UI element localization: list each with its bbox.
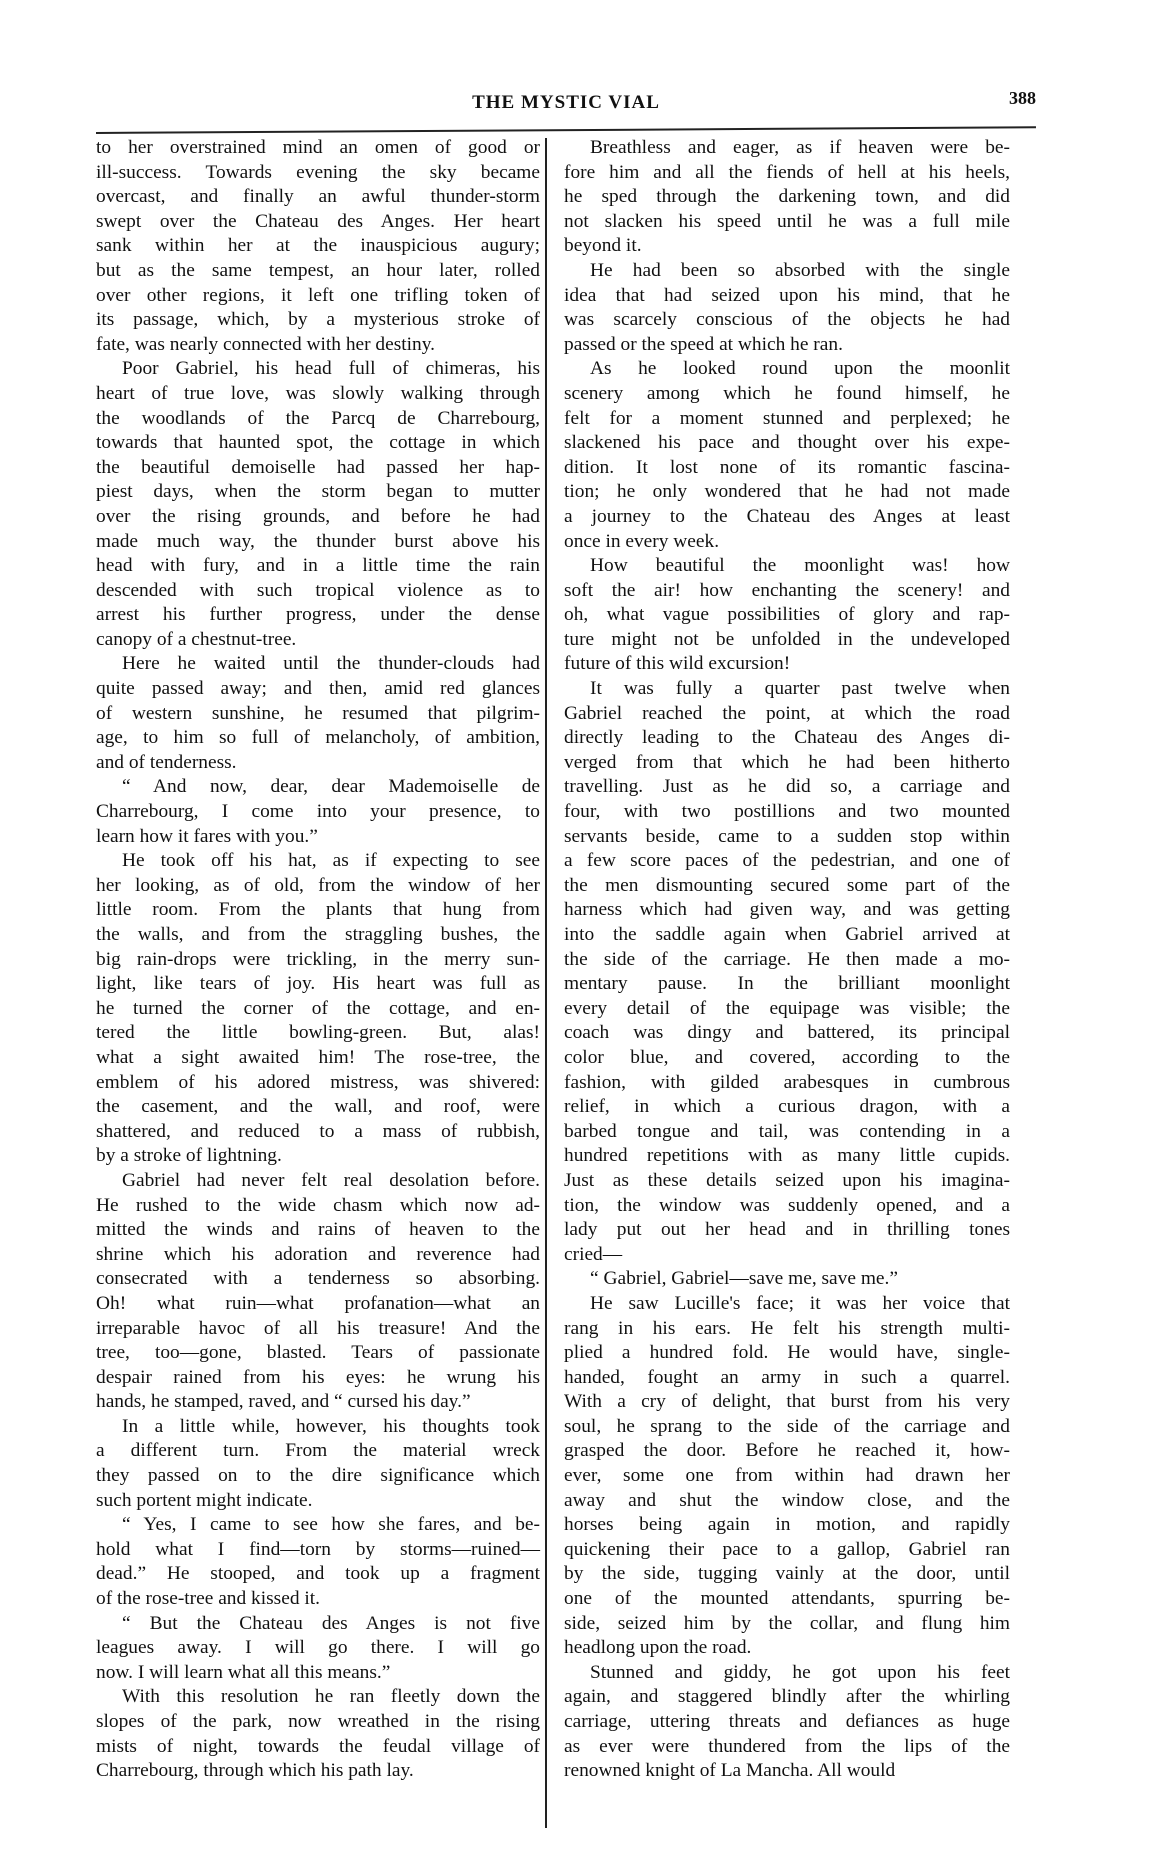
text-line: now. I will learn what all this means.” bbox=[96, 1661, 540, 1686]
paragraph: In a little while, however, his thoughts… bbox=[96, 1415, 540, 1513]
text-line: shrine which his adoration and reverence… bbox=[96, 1243, 540, 1268]
paragraph: Stunned and giddy, he got upon his feeta… bbox=[564, 1661, 1010, 1784]
right-column: Breathless and eager, as if heaven were … bbox=[564, 136, 1010, 1784]
text-line: idea that had seized upon his mind, that… bbox=[564, 284, 1010, 309]
text-line: beyond it. bbox=[564, 234, 1010, 259]
text-line: a different turn. From the material wrec… bbox=[96, 1439, 540, 1464]
text-line: He took off his hat, as if expecting to … bbox=[96, 849, 540, 874]
text-line: tree, too—gone, blasted. Tears of passio… bbox=[96, 1341, 540, 1366]
text-line: With this resolution he ran fleetly down… bbox=[96, 1685, 540, 1710]
text-line: one of the mounted attendants, spurring … bbox=[564, 1587, 1010, 1612]
text-line: Charrebourg, through which his path lay. bbox=[96, 1759, 540, 1784]
text-line: slopes of the park, now wreathed in the … bbox=[96, 1710, 540, 1735]
text-line: the side of the carriage. He then made a… bbox=[564, 948, 1010, 973]
text-line: heart of true love, was slowly walking t… bbox=[96, 382, 540, 407]
text-line: once in every week. bbox=[564, 530, 1010, 555]
text-line: her looking, as of old, from the window … bbox=[96, 874, 540, 899]
running-title: THE MYSTIC VIAL bbox=[96, 92, 1036, 114]
text-line: descended with such tropical violence as… bbox=[96, 579, 540, 604]
running-header: THE MYSTIC VIAL 388 bbox=[96, 88, 1036, 118]
text-line: irreparable havoc of all his treasure! A… bbox=[96, 1317, 540, 1342]
text-line: Breathless and eager, as if heaven were … bbox=[564, 136, 1010, 161]
text-line: rang in his ears. He felt his strength m… bbox=[564, 1317, 1010, 1342]
text-line: renowned knight of La Mancha. All would bbox=[564, 1759, 1010, 1784]
text-line: plied a hundred fold. He would have, sin… bbox=[564, 1341, 1010, 1366]
paragraph: Poor Gabriel, his head full of chimeras,… bbox=[96, 357, 540, 652]
text-line: not slacken his speed until he was a ful… bbox=[564, 210, 1010, 235]
text-line: into the saddle again when Gabriel arriv… bbox=[564, 923, 1010, 948]
text-line: horses being again in motion, and rapidl… bbox=[564, 1513, 1010, 1538]
text-line: tered the little bowling-green. But, ala… bbox=[96, 1021, 540, 1046]
text-line: lady put out her head and in thrilling t… bbox=[564, 1218, 1010, 1243]
text-line: the walls, and from the straggling bushe… bbox=[96, 923, 540, 948]
text-line: servants beside, came to a sudden stop w… bbox=[564, 825, 1010, 850]
text-line: quite passed away; and then, amid red gl… bbox=[96, 677, 540, 702]
paragraph: How beautiful the moonlight was! howsoft… bbox=[564, 554, 1010, 677]
text-line: its passage, which, by a mysterious stro… bbox=[96, 308, 540, 333]
text-line: age, to him so full of melancholy, of am… bbox=[96, 726, 540, 751]
text-line: four, with two postillions and two mount… bbox=[564, 800, 1010, 825]
text-line: cried— bbox=[564, 1243, 1010, 1268]
paragraph: He saw Lucille's face; it was her voice … bbox=[564, 1292, 1010, 1661]
text-line: dead.” He stooped, and took up a fragmen… bbox=[96, 1562, 540, 1587]
text-line: Gabriel reached the point, at which the … bbox=[564, 702, 1010, 727]
text-line: relief, in which a curious dragon, with … bbox=[564, 1095, 1010, 1120]
text-line: tion; he only wondered that he had not m… bbox=[564, 480, 1010, 505]
text-line: every detail of the equipage was visible… bbox=[564, 997, 1010, 1022]
text-line: grasped the door. Before he reached it, … bbox=[564, 1439, 1010, 1464]
text-line: away and shut the window close, and the bbox=[564, 1489, 1010, 1514]
text-line: scenery among which he found himself, he bbox=[564, 382, 1010, 407]
text-line: he turned the corner of the cottage, and… bbox=[96, 997, 540, 1022]
text-line: the beautiful demoiselle had passed her … bbox=[96, 456, 540, 481]
text-line: big rain-drops were trickling, in the me… bbox=[96, 948, 540, 973]
text-line: mentary pause. In the brilliant moonligh… bbox=[564, 972, 1010, 997]
text-line: ever, some one from within had drawn her bbox=[564, 1464, 1010, 1489]
column-divider bbox=[545, 138, 547, 1828]
text-line: travelling. Just as he did so, a carriag… bbox=[564, 775, 1010, 800]
text-line: “ Gabriel, Gabriel—save me, save me.” bbox=[564, 1267, 1010, 1292]
text-line: sank within her at the inauspicious augu… bbox=[96, 234, 540, 259]
text-line: dition. It lost none of its romantic fas… bbox=[564, 456, 1010, 481]
paragraph: Here he waited until the thunder-clouds … bbox=[96, 652, 540, 775]
text-line: despair rained from his eyes: he wrung h… bbox=[96, 1366, 540, 1391]
text-line: again, and staggered blindly after the w… bbox=[564, 1685, 1010, 1710]
text-line: Poor Gabriel, his head full of chimeras,… bbox=[96, 357, 540, 382]
text-line: oh, what vague possibilities of glory an… bbox=[564, 603, 1010, 628]
text-line: Here he waited until the thunder-clouds … bbox=[96, 652, 540, 677]
text-line: of the rose-tree and kissed it. bbox=[96, 1587, 540, 1612]
text-line: He had been so absorbed with the single bbox=[564, 259, 1010, 284]
paragraph: “ And now, dear, dear Mademoiselle deCha… bbox=[96, 775, 540, 849]
text-line: shattered, and reduced to a mass of rubb… bbox=[96, 1120, 540, 1145]
text-line: Stunned and giddy, he got upon his feet bbox=[564, 1661, 1010, 1686]
text-line: Oh! what ruin—what profanation—what an bbox=[96, 1292, 540, 1317]
text-line: head with fury, and in a little time the… bbox=[96, 554, 540, 579]
paragraph: Breathless and eager, as if heaven were … bbox=[564, 136, 1010, 259]
text-line: hands, he stamped, raved, and “ cursed h… bbox=[96, 1390, 540, 1415]
text-line: soft the air! how enchanting the scenery… bbox=[564, 579, 1010, 604]
text-line: consecrated with a tenderness so absorbi… bbox=[96, 1267, 540, 1292]
text-line: “ And now, dear, dear Mademoiselle de bbox=[96, 775, 540, 800]
text-line: slackened his pace and thought over his … bbox=[564, 431, 1010, 456]
text-line: passed or the speed at which he ran. bbox=[564, 333, 1010, 358]
text-line: overcast, and finally an awful thunder-s… bbox=[96, 185, 540, 210]
text-line: what a sight awaited him! The rose-tree,… bbox=[96, 1046, 540, 1071]
text-line: the casement, and the wall, and roof, we… bbox=[96, 1095, 540, 1120]
text-line: fate, was nearly connected with her dest… bbox=[96, 333, 540, 358]
text-line: With a cry of delight, that burst from h… bbox=[564, 1390, 1010, 1415]
text-line: handed, fought an army in such a quarrel… bbox=[564, 1366, 1010, 1391]
paragraph: “ But the Chateau des Anges is not fivel… bbox=[96, 1612, 540, 1686]
text-line: as ever were thundered from the lips of … bbox=[564, 1735, 1010, 1760]
text-line: the woodlands of the Parcq de Charrebour… bbox=[96, 407, 540, 432]
text-line: mitted the winds and rains of heaven to … bbox=[96, 1218, 540, 1243]
text-line: they passed on to the dire significance … bbox=[96, 1464, 540, 1489]
text-line: of western sunshine, he resumed that pil… bbox=[96, 702, 540, 727]
text-line: he sped through the darkening town, and … bbox=[564, 185, 1010, 210]
paragraph: It was fully a quarter past twelve whenG… bbox=[564, 677, 1010, 1267]
text-line: canopy of a chestnut-tree. bbox=[96, 628, 540, 653]
text-line: side, seized him by the collar, and flun… bbox=[564, 1612, 1010, 1637]
text-line: light, like tears of joy. His heart was … bbox=[96, 972, 540, 997]
text-line: hundred repetitions with as many little … bbox=[564, 1144, 1010, 1169]
paragraph: He took off his hat, as if expecting to … bbox=[96, 849, 540, 1169]
text-line: coach was dingy and battered, its princi… bbox=[564, 1021, 1010, 1046]
text-line: made much way, the thunder burst above h… bbox=[96, 530, 540, 555]
text-line: It was fully a quarter past twelve when bbox=[564, 677, 1010, 702]
text-line: and of tenderness. bbox=[96, 751, 540, 776]
page-number: 388 bbox=[1009, 88, 1036, 109]
text-line: headlong upon the road. bbox=[564, 1636, 1010, 1661]
text-line: such portent might indicate. bbox=[96, 1489, 540, 1514]
text-line: In a little while, however, his thoughts… bbox=[96, 1415, 540, 1440]
text-line: the men dismounting secured some part of… bbox=[564, 874, 1010, 899]
text-line: emblem of his adored mistress, was shive… bbox=[96, 1071, 540, 1096]
text-line: Charrebourg, I come into your presence, … bbox=[96, 800, 540, 825]
text-line: to her overstrained mind an omen of good… bbox=[96, 136, 540, 161]
text-line: fore him and all the fiends of hell at h… bbox=[564, 161, 1010, 186]
text-line: little room. From the plants that hung f… bbox=[96, 898, 540, 923]
text-line: verged from that which he had been hithe… bbox=[564, 751, 1010, 776]
header-rule bbox=[96, 126, 1036, 134]
text-line: over other regions, it left one trifling… bbox=[96, 284, 540, 309]
text-line: ill-success. Towards evening the sky bec… bbox=[96, 161, 540, 186]
text-line: He saw Lucille's face; it was her voice … bbox=[564, 1292, 1010, 1317]
paragraph: As he looked round upon the moonlitscene… bbox=[564, 357, 1010, 554]
text-line: over the rising grounds, and before he h… bbox=[96, 505, 540, 530]
text-line: tion, the window was suddenly opened, an… bbox=[564, 1194, 1010, 1219]
text-line: “ Yes, I came to see how she fares, and … bbox=[96, 1513, 540, 1538]
text-line: mists of night, towards the feudal villa… bbox=[96, 1735, 540, 1760]
text-line: directly leading to the Chateau des Ange… bbox=[564, 726, 1010, 751]
text-line: Gabriel had never felt real desolation b… bbox=[96, 1169, 540, 1194]
text-line: but as the same tempest, an hour later, … bbox=[96, 259, 540, 284]
paragraph: He had been so absorbed with the singlei… bbox=[564, 259, 1010, 357]
text-line: was scarcely conscious of the objects he… bbox=[564, 308, 1010, 333]
left-column: to her overstrained mind an omen of good… bbox=[96, 136, 540, 1784]
text-line: How beautiful the moonlight was! how bbox=[564, 554, 1010, 579]
text-line: barbed tongue and tail, was contending i… bbox=[564, 1120, 1010, 1145]
text-line: a journey to the Chateau des Anges at le… bbox=[564, 505, 1010, 530]
paragraph: to her overstrained mind an omen of good… bbox=[96, 136, 540, 357]
text-line: fashion, with gilded arabesques in cumbr… bbox=[564, 1071, 1010, 1096]
text-line: felt for a moment stunned and perplexed;… bbox=[564, 407, 1010, 432]
text-line: towards that haunted spot, the cottage i… bbox=[96, 431, 540, 456]
text-line: future of this wild excursion! bbox=[564, 652, 1010, 677]
text-line: harness which had given way, and was get… bbox=[564, 898, 1010, 923]
text-line: learn how it fares with you.” bbox=[96, 825, 540, 850]
text-line: carriage, uttering threats and defiances… bbox=[564, 1710, 1010, 1735]
text-line: leagues away. I will go there. I will go bbox=[96, 1636, 540, 1661]
paragraph: “ Yes, I came to see how she fares, and … bbox=[96, 1513, 540, 1611]
text-line: piest days, when the storm began to mutt… bbox=[96, 480, 540, 505]
paragraph: “ Gabriel, Gabriel—save me, save me.” bbox=[564, 1267, 1010, 1292]
text-line: by the side, tugging vainly at the door,… bbox=[564, 1562, 1010, 1587]
text-line: Just as these details seized upon his im… bbox=[564, 1169, 1010, 1194]
text-line: color blue, and covered, according to th… bbox=[564, 1046, 1010, 1071]
paragraph: With this resolution he ran fleetly down… bbox=[96, 1685, 540, 1783]
text-line: soul, he sprang to the side of the carri… bbox=[564, 1415, 1010, 1440]
text-line: ture might not be unfolded in the undeve… bbox=[564, 628, 1010, 653]
text-line: quickening their pace to a gallop, Gabri… bbox=[564, 1538, 1010, 1563]
text-line: He rushed to the wide chasm which now ad… bbox=[96, 1194, 540, 1219]
text-line: “ But the Chateau des Anges is not five bbox=[96, 1612, 540, 1637]
paragraph: Gabriel had never felt real desolation b… bbox=[96, 1169, 540, 1415]
text-line: arrest his further progress, under the d… bbox=[96, 603, 540, 628]
text-line: hold what I find—torn by storms—ruined— bbox=[96, 1538, 540, 1563]
text-line: As he looked round upon the moonlit bbox=[564, 357, 1010, 382]
text-line: swept over the Chateau des Anges. Her he… bbox=[96, 210, 540, 235]
text-line: a few score paces of the pedestrian, and… bbox=[564, 849, 1010, 874]
text-line: by a stroke of lightning. bbox=[96, 1144, 540, 1169]
